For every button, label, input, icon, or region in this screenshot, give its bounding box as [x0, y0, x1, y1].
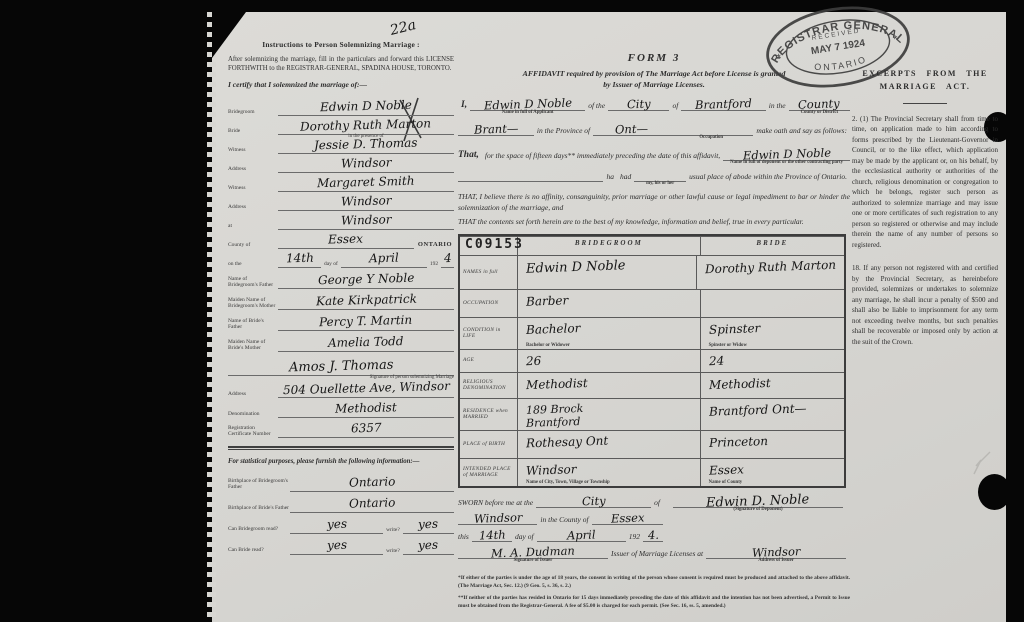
bride-header-cell: BRIDE: [701, 237, 844, 255]
handwritten-value: Dorothy Ruth Marton: [705, 257, 836, 276]
handwritten-month: April: [369, 252, 399, 265]
affinity-clause: THAT, I believe there is no affinity, co…: [458, 192, 850, 213]
applicant-name-blank: Edwin D NobleName in full of Applicant: [470, 99, 585, 111]
cell-caption: Bachelor or Widower: [526, 343, 570, 348]
field-label: Witness: [228, 185, 278, 192]
place-type-blank: City: [608, 99, 669, 111]
scratch-mark: [964, 450, 994, 476]
field-label: on the: [228, 261, 278, 268]
year-printed: 192: [626, 532, 643, 542]
field-line: Percy T. Martin: [278, 312, 454, 331]
in-the-label: in the: [766, 101, 789, 111]
instructions-title: Instructions to Person Solemnizing Marri…: [228, 40, 454, 49]
row-label: RESIDENCE when MARRIED: [460, 399, 518, 430]
fifteen-days-text: for the space of fifteen days** immediat…: [482, 151, 723, 161]
handwritten-value: Windsor: [526, 462, 577, 478]
field-line: yes: [403, 515, 454, 534]
serial-number-stamp: C09153: [465, 237, 524, 252]
perforated-edge: [207, 12, 216, 622]
table-row-birthplace: PLACE of BIRTH Rothesay Ont Princeton: [460, 430, 844, 458]
stat-can-bride-read: Can Bride read? yes write? yes: [228, 534, 454, 555]
handwritten-value: Barber: [526, 293, 569, 308]
table-header-row: BRIDEGROOM BRIDE: [460, 236, 844, 255]
marriage-act-excerpts-panel: EXCERPTS FROM THE MARRIAGE ACT. 2. (1) T…: [852, 68, 998, 360]
statistical-intro: For statistical purposes, please furnish…: [228, 457, 454, 466]
blank-caption: Address of Issuer: [706, 558, 846, 563]
bridegroom-cell: Rothesay Ont: [518, 431, 701, 458]
province-line: Brant— in the Province of Ont— Occupatio…: [458, 124, 850, 136]
handwritten-value: Essex: [328, 233, 363, 246]
bridegroom-cell: BachelorBachelor or Widower: [518, 318, 701, 349]
field-at: at Windsor: [228, 211, 454, 230]
handwritten-value: 6357: [351, 422, 382, 435]
county-of-label: in the County of: [537, 515, 591, 525]
field-label: Can Bridegroom read?: [228, 526, 290, 533]
handwritten-value: Ontario: [349, 475, 396, 488]
bridegroom-cell: Methodist: [518, 373, 701, 398]
field-label: Denomination: [228, 411, 278, 418]
abode-line: ha had my, his or her usual place of abo…: [458, 172, 850, 182]
signature-line: Amos J. ThomasSignature of person solemn…: [228, 357, 454, 376]
certify-line: I certify that I solemnized the marriage…: [228, 80, 454, 89]
handwritten-value: Ontario: [349, 496, 396, 509]
bride-cell: Princeton: [701, 431, 844, 458]
sworn-county-blank: Essex: [592, 513, 663, 525]
bridegroom-cell: Barber: [518, 290, 701, 317]
field-line: Kate Kirkpatrick: [278, 291, 454, 310]
this-label: this: [458, 532, 472, 542]
issuer-address-blank: WindsorAddress of Issuer: [706, 547, 846, 559]
handwritten-value: Methodist: [708, 375, 770, 391]
field-bride-father: Name of Bride's Father Percy T. Martin: [228, 310, 454, 331]
field-bridegroom-father: Name of Bridegroom's Father George Y Nob…: [228, 268, 454, 289]
bride-cell: [701, 290, 844, 317]
signature-caption: (Signature of Deponent): [673, 507, 843, 512]
of-label: of: [651, 498, 663, 508]
handwritten-value: 26: [526, 353, 542, 368]
bridegroom-header: BRIDEGROOM: [526, 239, 692, 247]
particulars-table: C09153 BRIDEGROOM BRIDE NAMES in full Ed…: [458, 234, 846, 488]
handwritten-place: Brantford: [695, 98, 752, 111]
handwritten-district: Brant—: [474, 123, 519, 136]
handwritten-value: Amelia Todd: [328, 335, 404, 349]
sworn-line-2: Windsor in the County of Essex: [458, 513, 663, 525]
day-blank: 14th: [472, 530, 512, 542]
bride-cell: Methodist: [701, 373, 844, 398]
bridegroom-cell: 189 BrockBrantford: [518, 399, 701, 430]
table-row-occupation: OCCUPATION Barber: [460, 289, 844, 317]
field-label: Bride: [228, 128, 278, 135]
stamp-arc-top: REGISTRAR GENERAL: [765, 10, 908, 66]
empty-blank: [458, 181, 603, 182]
day-of-label: day of: [321, 261, 341, 268]
field-line: Windsor: [278, 192, 454, 211]
handwritten-signature: Amos J. Thomas: [289, 359, 394, 375]
field-witness-2: Witness Margaret Smith: [228, 173, 454, 192]
blank-caption: Signature of Issuer: [458, 558, 608, 563]
write-label: write?: [383, 527, 403, 534]
bride-cell: Brantford Ont—: [701, 399, 844, 430]
handwritten-value: Edwin D Noble: [526, 258, 626, 276]
bride-cell: Dorothy Ruth Marton: [697, 256, 844, 289]
applicant-line: I, Edwin D NobleName in full of Applican…: [458, 99, 850, 111]
day-of-label: day of: [512, 532, 537, 542]
cell-caption: Spinster or Widow: [709, 343, 747, 348]
table-row-condition: CONDITION in LIFE BachelorBachelor or Wi…: [460, 317, 844, 349]
year-blank: 4.: [643, 530, 663, 542]
field-line: Amelia Todd: [278, 333, 454, 352]
field-line: Windsor: [278, 211, 454, 230]
field-line: Essex: [278, 230, 414, 249]
had-label: had: [617, 172, 634, 182]
province-of-label: in the Province of: [534, 126, 593, 136]
bride-cell: 24: [701, 350, 844, 372]
handwritten-day: 14th: [285, 252, 313, 265]
handwritten-page-note: 22a: [388, 17, 417, 39]
handwritten-value: Windsor: [341, 195, 392, 208]
place-blank: Brantford: [681, 99, 765, 111]
province-blank: Ont—: [593, 124, 669, 136]
field-date: on the 14th day of April 192 4: [228, 249, 454, 268]
handwritten-value: Essex: [708, 462, 743, 477]
bride-header: BRIDE: [709, 239, 836, 247]
sworn-place-blank: Windsor: [458, 513, 537, 525]
deponent-signature: Edwin D. Noble (Signature of Deponent): [673, 494, 843, 508]
field-line: Dorothy Ruth Martonin the presence of: [278, 116, 454, 135]
handwritten-value: Bachelor: [526, 321, 581, 337]
excerpts-title: EXCERPTS FROM THE MARRIAGE ACT.: [852, 68, 998, 94]
bridegroom-header-cell: BRIDEGROOM: [518, 237, 701, 255]
handwritten-year: 4: [444, 252, 452, 264]
sworn-label: SWORN before me at the: [458, 498, 536, 508]
handwritten-value: Methodist: [526, 375, 588, 391]
handwritten-value: yes: [326, 538, 346, 551]
blank-caption: Name in full of deponent or the other co…: [723, 160, 850, 165]
field-line: 6357: [278, 419, 454, 438]
row-label: CONDITION in LIFE: [460, 318, 518, 349]
field-line: 14th: [278, 249, 321, 268]
field-address-1: Address Windsor: [228, 154, 454, 173]
county-blank: CountyCounty or District: [789, 99, 850, 111]
blank-caption: Occupation: [669, 135, 753, 140]
sworn-line-1: SWORN before me at the City of: [458, 496, 663, 508]
affidavit-body: I, Edwin D NobleName in full of Applican…: [458, 99, 850, 228]
deponent-name-blank: Edwin D NobleName in full of deponent or…: [723, 149, 850, 161]
handwritten-value: Jessie D. Thomas: [314, 137, 418, 152]
field-label: Bridegroom: [228, 109, 278, 116]
field-line: yes: [290, 515, 383, 534]
handwritten-value: George Y Noble: [318, 272, 415, 287]
handwritten-place: Windsor: [473, 512, 522, 525]
oath-label: make oath and say as follows:: [753, 126, 850, 136]
handwritten-value: Dorothy Ruth Marton: [300, 118, 431, 133]
bride-cell: SpinsterSpinster or Widow: [701, 318, 844, 349]
field-address-2: Address Windsor: [228, 192, 454, 211]
field-label: Address: [228, 391, 278, 398]
affidavit-form: FORM 3 AFFIDAVIT required by provision o…: [458, 52, 850, 614]
field-denomination: Denomination Methodist: [228, 398, 454, 418]
field-label: Birthplace of Bridegroom's Father: [228, 478, 290, 492]
footnote-consent: *If either of the parties is under the a…: [458, 574, 850, 590]
sworn-line-3: this 14th day of April 192 4.: [458, 530, 663, 542]
abode-text: usual place of abode within the Province…: [686, 172, 850, 182]
handwritten-value: Margaret Smith: [317, 175, 415, 190]
place-type-blank: City: [536, 496, 651, 508]
sworn-line-4: M. A. DudmanSignature of Issuer Issuer o…: [458, 547, 846, 559]
handwritten-place-type: City: [627, 99, 651, 111]
fifteen-days-line: That, for the space of fifteen days** im…: [458, 149, 850, 161]
bridegroom-cell: WindsorName of City, Town, Village or To…: [518, 459, 701, 486]
row-label: AGE: [460, 350, 518, 372]
solemnizer-instructions-panel: Instructions to Person Solemnizing Marri…: [228, 40, 454, 555]
handwritten-value: 24: [708, 353, 724, 368]
field-label: Birthplace of Bride's Father: [228, 505, 290, 512]
table-row-residence: RESIDENCE when MARRIED 189 BrockBrantfor…: [460, 398, 844, 430]
field-bridegroom: Bridegroom Edwin D Noble: [228, 97, 454, 116]
field-registration-number: Registration Certificate Number 6357: [228, 418, 454, 438]
handwritten-value: Spinster: [708, 321, 760, 337]
field-line: yes: [403, 536, 454, 555]
field-line: yes: [290, 536, 383, 555]
pronoun-blank: my, his or her: [634, 181, 686, 182]
blank-caption: County or District: [789, 110, 850, 115]
of-the-label: of the: [585, 101, 608, 111]
field-line: Margaret Smith: [278, 173, 454, 192]
field-label: Address: [228, 166, 278, 173]
title-rule: [903, 103, 947, 104]
field-label: Can Bride read?: [228, 547, 290, 554]
field-label: Name of Bridegroom's Father: [228, 276, 278, 290]
table-row-intended-place: INTENDED PLACE of MARRIAGE WindsorName o…: [460, 458, 844, 486]
bridegroom-cell: 26: [518, 350, 701, 372]
cell-caption: Name of City, Town, Village or Township: [526, 480, 610, 485]
field-label: Maiden Name of Bride's Mother: [228, 339, 278, 353]
contents-clause: THAT the contents set forth herein are t…: [458, 217, 850, 228]
stat-can-bridegroom-read: Can Bridegroom read? yes write? yes: [228, 513, 454, 534]
field-label: at: [228, 223, 278, 230]
handwritten-value: Percy T. Martin: [319, 314, 412, 328]
instructions-text: After solemnizing the marriage, fill in …: [228, 55, 454, 73]
stat-birthplace-bridegroom-father: Birthplace of Bridegroom's Father Ontari…: [228, 471, 454, 492]
handwritten-value: Rothesay Ont: [526, 433, 609, 450]
footnote-residency: **If neither of the parties has resided …: [458, 594, 850, 610]
field-bride: Bride Dorothy Ruth Martonin the presence…: [228, 116, 454, 135]
field-label: Address: [228, 204, 278, 211]
field-line: Ontario: [290, 473, 454, 492]
handwritten-value: 504 Ouellette Ave, Windsor: [282, 380, 449, 396]
handwritten-province: Ont—: [614, 123, 647, 136]
table-row-religion: RELIGIOUS DENOMINATION Methodist Methodi…: [460, 372, 844, 398]
svg-text:REGISTRAR GENERAL: REGISTRAR GENERAL: [765, 10, 908, 66]
i-label: I,: [458, 100, 470, 111]
row-label: RELIGIOUS DENOMINATION: [460, 373, 518, 398]
field-bridegroom-mother: Maiden Name of Bridegroom's Mother Kate …: [228, 289, 454, 310]
handwritten-day: 14th: [478, 529, 505, 541]
blank-caption: my, his or her: [634, 181, 686, 186]
field-line: Methodist: [278, 399, 454, 418]
row-label: INTENDED PLACE of MARRIAGE: [460, 459, 518, 486]
cell-caption: Name of County: [709, 480, 743, 485]
section-divider: [228, 446, 454, 450]
field-witness-1: Witness Jessie D. Thomas: [228, 135, 454, 154]
handwritten-value: Brantford Ont—: [708, 401, 806, 418]
handwritten-value: Windsor: [341, 157, 392, 170]
field-bride-mother: Maiden Name of Bride's Mother Amelia Tod…: [228, 331, 454, 352]
handwritten-value: Windsor: [341, 214, 392, 227]
field-label: County of: [228, 242, 278, 249]
field-county: County of Essex ONTARIO: [228, 230, 454, 249]
handwritten-value: yes: [418, 517, 438, 530]
write-label: write?: [383, 548, 403, 555]
field-label: Maiden Name of Bridegroom's Mother: [228, 297, 278, 311]
footnotes: *If either of the parties is under the a…: [458, 574, 850, 610]
excerpt-section-2: 2. (1) The Provincial Secretary shall fr…: [852, 114, 998, 251]
handwritten-month: April: [567, 529, 596, 541]
blank-caption: Name in full of Applicant: [470, 110, 585, 115]
excerpt-section-18: 18. If any person not registered with an…: [852, 263, 998, 347]
month-blank: April: [537, 530, 626, 542]
handwritten-place-type: City: [582, 495, 606, 507]
field-line: George Y Noble: [278, 270, 454, 289]
table-row-names: NAMES in full Edwin D Noble Dorothy Ruth…: [460, 255, 844, 289]
bridegroom-cell: Edwin D Noble: [518, 256, 697, 289]
document-paper: 22a Instructions to Person Solemnizing M…: [212, 12, 1006, 622]
handwritten-value: Methodist: [335, 402, 397, 416]
field-line: 504 Ouellette Ave, Windsor: [278, 379, 454, 398]
issuer-label: Issuer of Marriage Licenses at: [608, 549, 706, 559]
field-label: Witness: [228, 147, 278, 154]
province-label: ONTARIO: [414, 241, 454, 249]
issuer-signature-blank: M. A. DudmanSignature of Issuer: [458, 547, 608, 559]
handwritten-value: yes: [418, 538, 438, 551]
sworn-section: SWORN before me at the City of Edwin D. …: [458, 494, 850, 566]
field-line: Edwin D Noble: [278, 97, 454, 116]
ha-label: ha: [603, 172, 617, 182]
bride-cell: EssexName of County: [701, 459, 844, 486]
year-printed: 192: [427, 261, 441, 268]
occupation-blank: Occupation: [669, 135, 753, 136]
field-line: Jessie D. Thomas: [278, 135, 454, 154]
field-line: 4: [441, 249, 454, 268]
row-label: PLACE of BIRTH: [460, 431, 518, 458]
row-label: NAMES in full: [460, 256, 518, 289]
scanned-marriage-affidavit: 22a Instructions to Person Solemnizing M…: [0, 0, 1024, 622]
handwritten-year: 4.: [647, 529, 658, 541]
handwritten-value: Edwin D Noble: [320, 99, 412, 113]
field-line: April: [341, 249, 427, 268]
field-line: Ontario: [290, 494, 454, 513]
handwritten-value: Princeton: [708, 434, 767, 450]
that-label: That,: [458, 150, 482, 161]
stat-birthplace-bride-father: Birthplace of Bride's Father Ontario: [228, 492, 454, 513]
of-label: of: [669, 101, 681, 111]
field-line: Windsor: [278, 154, 454, 173]
table-row-age: AGE 26 24: [460, 349, 844, 372]
punch-hole: [978, 474, 1011, 510]
field-solemnizer-signature: Amos J. ThomasSignature of person solemn…: [228, 352, 454, 376]
handwritten-county: Essex: [610, 512, 644, 525]
handwritten-value: Kate Kirkpatrick: [315, 293, 416, 308]
handwritten-value: yes: [326, 517, 346, 530]
field-label: Registration Certificate Number: [228, 425, 278, 439]
district-blank: Brant—: [458, 124, 534, 136]
row-label: OCCUPATION: [460, 290, 518, 317]
field-label: Name of Bride's Father: [228, 318, 278, 332]
